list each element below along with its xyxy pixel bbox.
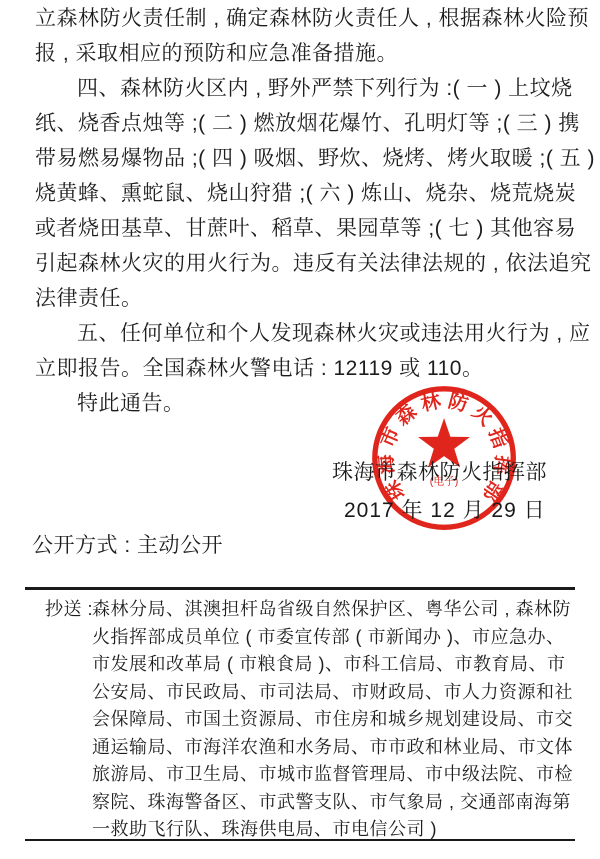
body-line: 烧黄蜂、熏蛇鼠、烧山狩猎 ;( 六 ) 炼山、烧杂、烧荒烧炭 bbox=[35, 176, 567, 211]
body-line: 或者烧田基草、甘蔗叶、稻草、果园草等 ;( 七 ) 其他容易 bbox=[35, 211, 567, 246]
cc-line-text: 森林分局、淇澳担杆岛省级自然保护区、粤华公司 , 森林防 bbox=[92, 599, 571, 619]
body-line: 立即报告。全国森林火警电话 : 12119 或 110。 bbox=[35, 351, 567, 386]
signature-org: 珠海市森林防火指挥部 bbox=[332, 456, 547, 486]
body-line: 立森林防火责任制 , 确定森林防火责任人 , 根据森林火险预 bbox=[35, 1, 567, 36]
cc-line: 一救助飞行队、珠海供电局、市电信公司 ) bbox=[45, 816, 573, 844]
cc-label: 抄送 : bbox=[45, 596, 92, 624]
cc-line: 旅游局、市卫生局、市城市监督管理局、市中级法院、市检 bbox=[45, 761, 573, 789]
body-line: 法律责任。 bbox=[35, 281, 567, 316]
cc-block: 抄送 :森林分局、淇澳担杆岛省级自然保护区、粤华公司 , 森林防 火指挥部成员单… bbox=[45, 596, 573, 844]
body-line: 报 , 采取相应的预防和应急准备措施。 bbox=[35, 36, 567, 71]
body-line: 纸、烧香点烛等 ;( 二 ) 燃放烟花爆竹、孔明灯等 ;( 三 ) 携 bbox=[35, 106, 567, 141]
document-body: 立森林防火责任制 , 确定森林防火责任人 , 根据森林火险预 报 , 采取相应的… bbox=[35, 1, 567, 421]
cc-line: 察院、珠海警备区、市武警支队、市气象局 , 交通部南海第 bbox=[45, 789, 573, 817]
cc-line: 抄送 :森林分局、淇澳担杆岛省级自然保护区、粤华公司 , 森林防 bbox=[45, 596, 573, 624]
body-line: 引起森林火灾的用火行为。违反有关法律法规的 , 依法追究 bbox=[35, 246, 567, 281]
divider-top bbox=[25, 587, 575, 590]
cc-line: 市发展和改革局 ( 市粮食局 )、市科工信局、市教育局、市 bbox=[45, 651, 573, 679]
disclosure-line: 公开方式 : 主动公开 bbox=[32, 529, 223, 559]
signature-date: 2017 年 12 月 29 日 bbox=[344, 494, 546, 524]
body-line: 五、任何单位和个人发现森林火灾或违法用火行为 , 应 bbox=[35, 316, 567, 351]
document-page: 立森林防火责任制 , 确定森林防火责任人 , 根据森林火险预 报 , 采取相应的… bbox=[0, 0, 600, 859]
cc-line: 通运输局、市海洋农渔和水务局、市市政和林业局、市文体 bbox=[45, 734, 573, 762]
cc-line: 公安局、市民政局、市司法局、市财政局、市人力资源和社 bbox=[45, 679, 573, 707]
cc-line: 会保障局、市国土资源局、市住房和城乡规划建设局、市交 bbox=[45, 706, 573, 734]
body-line: 四、森林防火区内 , 野外严禁下列行为 :( 一 ) 上坟烧 bbox=[35, 71, 567, 106]
cc-line: 火指挥部成员单位 ( 市委宣传部 ( 市新闻办 )、市应急办、 bbox=[45, 624, 573, 652]
body-line: 带易燃易爆物品 ;( 四 ) 吸烟、野炊、烧烤、烤火取暖 ;( 五 ) bbox=[35, 141, 567, 176]
